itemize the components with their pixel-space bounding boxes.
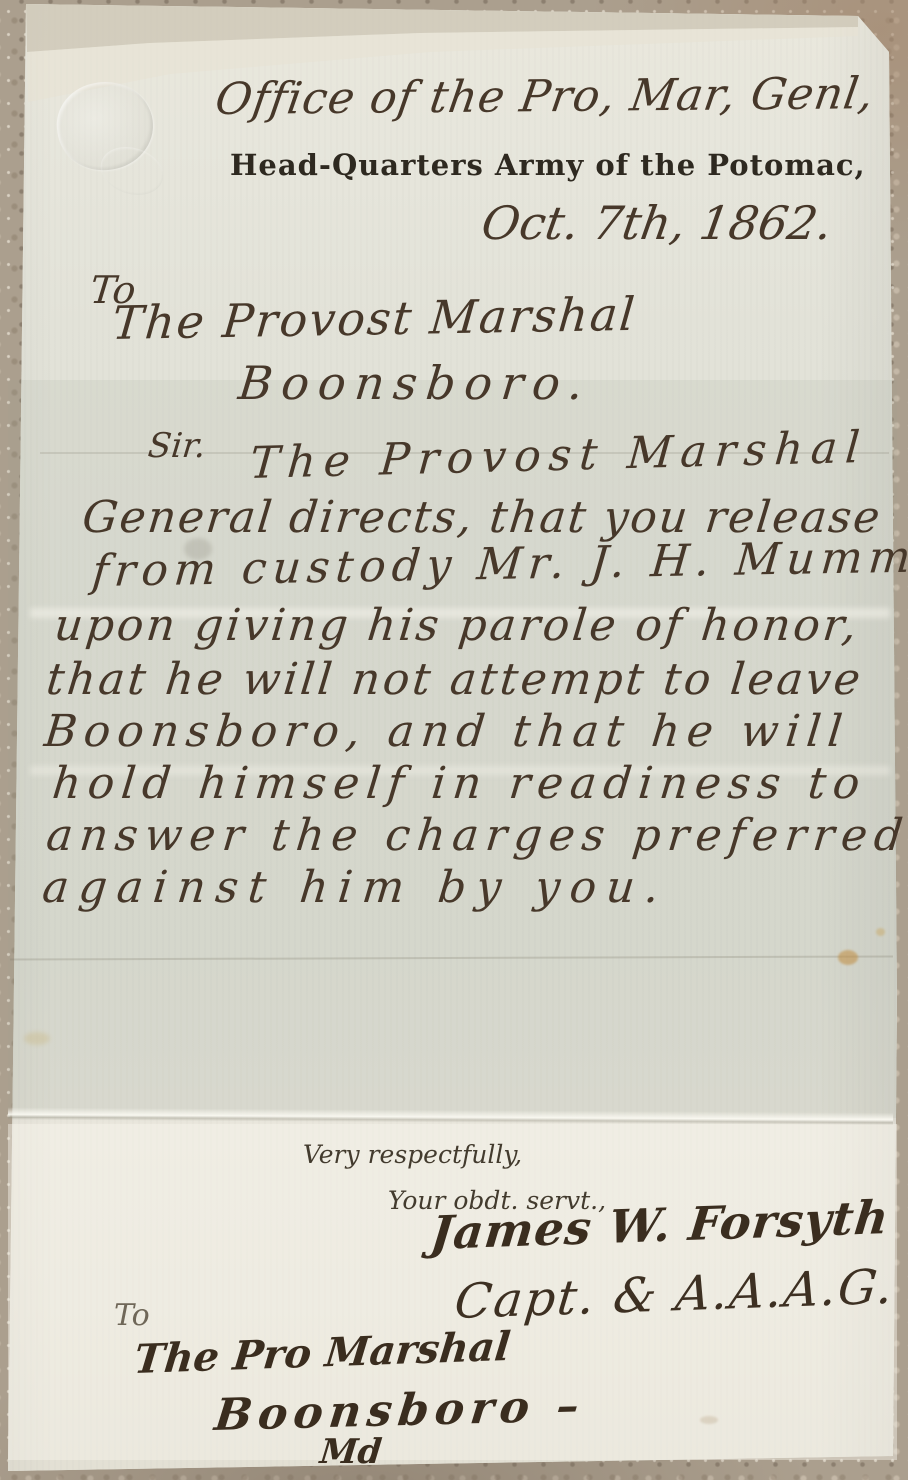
date-line: Oct. 7th, 1862. xyxy=(478,196,836,250)
addressee-place: Boonsboro. xyxy=(236,356,595,410)
body-line: answer the charges preferred xyxy=(44,810,908,861)
body-line: that he will not attempt to leave xyxy=(44,654,866,705)
body-line: against him by you. xyxy=(40,862,671,913)
office-line: Office of the Pro, Mar, Genl, xyxy=(212,68,878,125)
footer-place: Boonsboro – xyxy=(212,1380,588,1441)
addressee-name: The Provost Marshal xyxy=(110,287,639,350)
closing-respectfully: Very respectfully, xyxy=(303,1140,522,1169)
photo-background: Office of the Pro, Mar, Genl, Head-Quart… xyxy=(0,0,908,1480)
body-line: upon giving his parole of honor, xyxy=(52,600,862,651)
masthead-printed-line: Head-Quarters Army of the Potomac, xyxy=(230,148,866,182)
body-line: Boonsboro, and that he will xyxy=(42,706,852,757)
body-line: hold himself in readiness to xyxy=(50,758,869,809)
footer-to: To xyxy=(114,1298,150,1333)
salutation: Sir. xyxy=(146,426,208,466)
footer-state: Md xyxy=(318,1432,384,1472)
